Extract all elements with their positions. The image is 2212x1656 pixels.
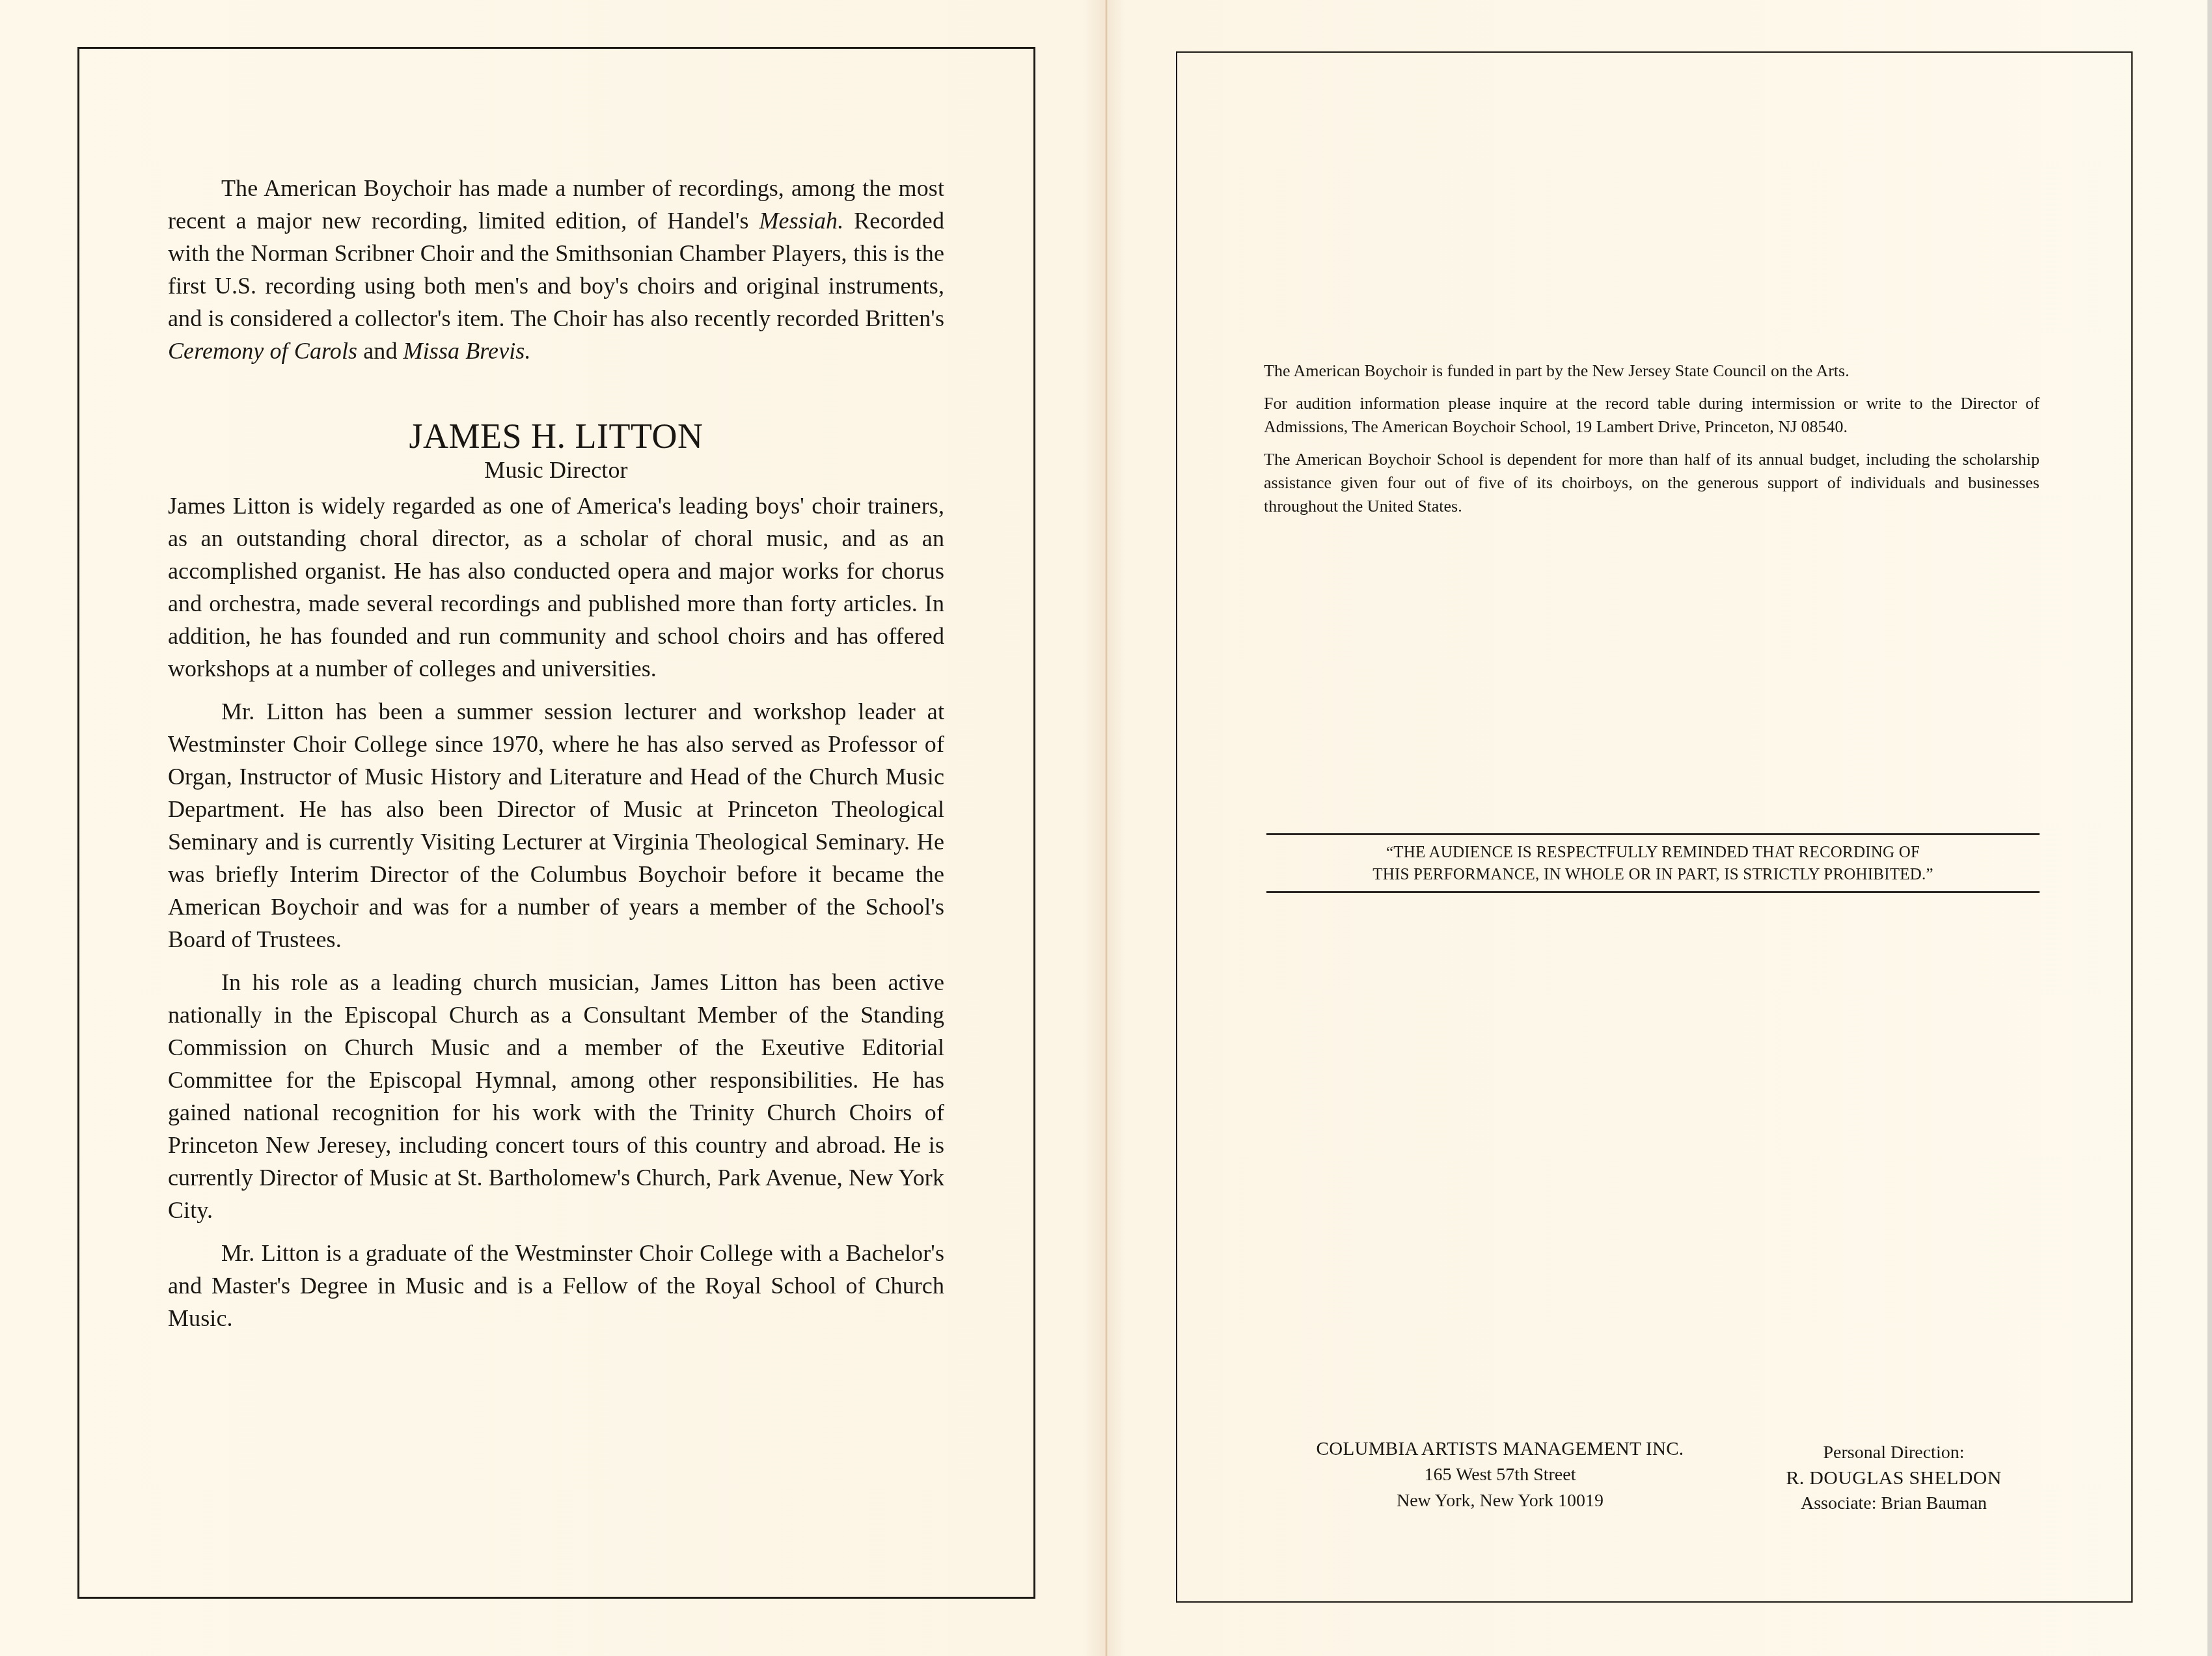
recording-prohibited-notice: “THE AUDIENCE IS RESPECTFULLY REMINDED T… <box>1266 833 2040 893</box>
management-organization: COLUMBIA ARTISTS MANAGEMENT INC. <box>1236 1436 1764 1462</box>
funding-note: The American Boychoir is funded in part … <box>1264 359 2040 383</box>
bio-name: JAMES H. LITTON <box>168 417 944 456</box>
recordings-paragraph: The American Boychoir has made a number … <box>168 172 944 367</box>
bio-paragraph: In his role as a leading church musician… <box>168 966 944 1226</box>
center-fold <box>1105 0 1108 1656</box>
notice-line-1: “THE AUDIENCE IS RESPECTFULLY REMINDED T… <box>1266 842 2040 864</box>
notice-line-2: THIS PERFORMANCE, IN WHOLE OR IN PART, I… <box>1266 864 2040 886</box>
bio-role: Music Director <box>168 456 944 484</box>
direction-associate: Associate: Brian Bauman <box>1744 1491 2043 1516</box>
title-ceremony-of-carols: Ceremony of Carols <box>168 338 357 364</box>
recordings-text-3: and <box>357 338 403 364</box>
bio-paragraph: Mr. Litton is a graduate of the Westmins… <box>168 1237 944 1334</box>
direction-name: R. DOUGLAS SHELDON <box>1744 1465 2043 1491</box>
audition-note: For audition information please inquire … <box>1264 392 2040 439</box>
bio-heading: JAMES H. LITTON Music Director <box>168 417 944 484</box>
title-messiah: Messiah. <box>759 208 844 234</box>
funding-notes: The American Boychoir is funded in part … <box>1264 359 2040 518</box>
direction-label: Personal Direction: <box>1744 1440 2043 1465</box>
bio-paragraph: Mr. Litton has been a summer session lec… <box>168 695 944 956</box>
bio-paragraph: James Litton is widely regarded as one o… <box>168 490 944 685</box>
title-missa-brevis: Missa Brevis. <box>403 338 531 364</box>
management-block: COLUMBIA ARTISTS MANAGEMENT INC. 165 Wes… <box>1236 1436 1764 1514</box>
management-city: New York, New York 10019 <box>1236 1488 1764 1514</box>
management-street: 165 West 57th Street <box>1236 1462 1764 1488</box>
scan-edge <box>2207 0 2212 1656</box>
left-page-content: The American Boychoir has made a number … <box>168 172 944 1334</box>
personal-direction-block: Personal Direction: R. DOUGLAS SHELDON A… <box>1744 1440 2043 1516</box>
right-page-border <box>1176 51 2133 1603</box>
support-note: The American Boychoir School is dependen… <box>1264 448 2040 518</box>
